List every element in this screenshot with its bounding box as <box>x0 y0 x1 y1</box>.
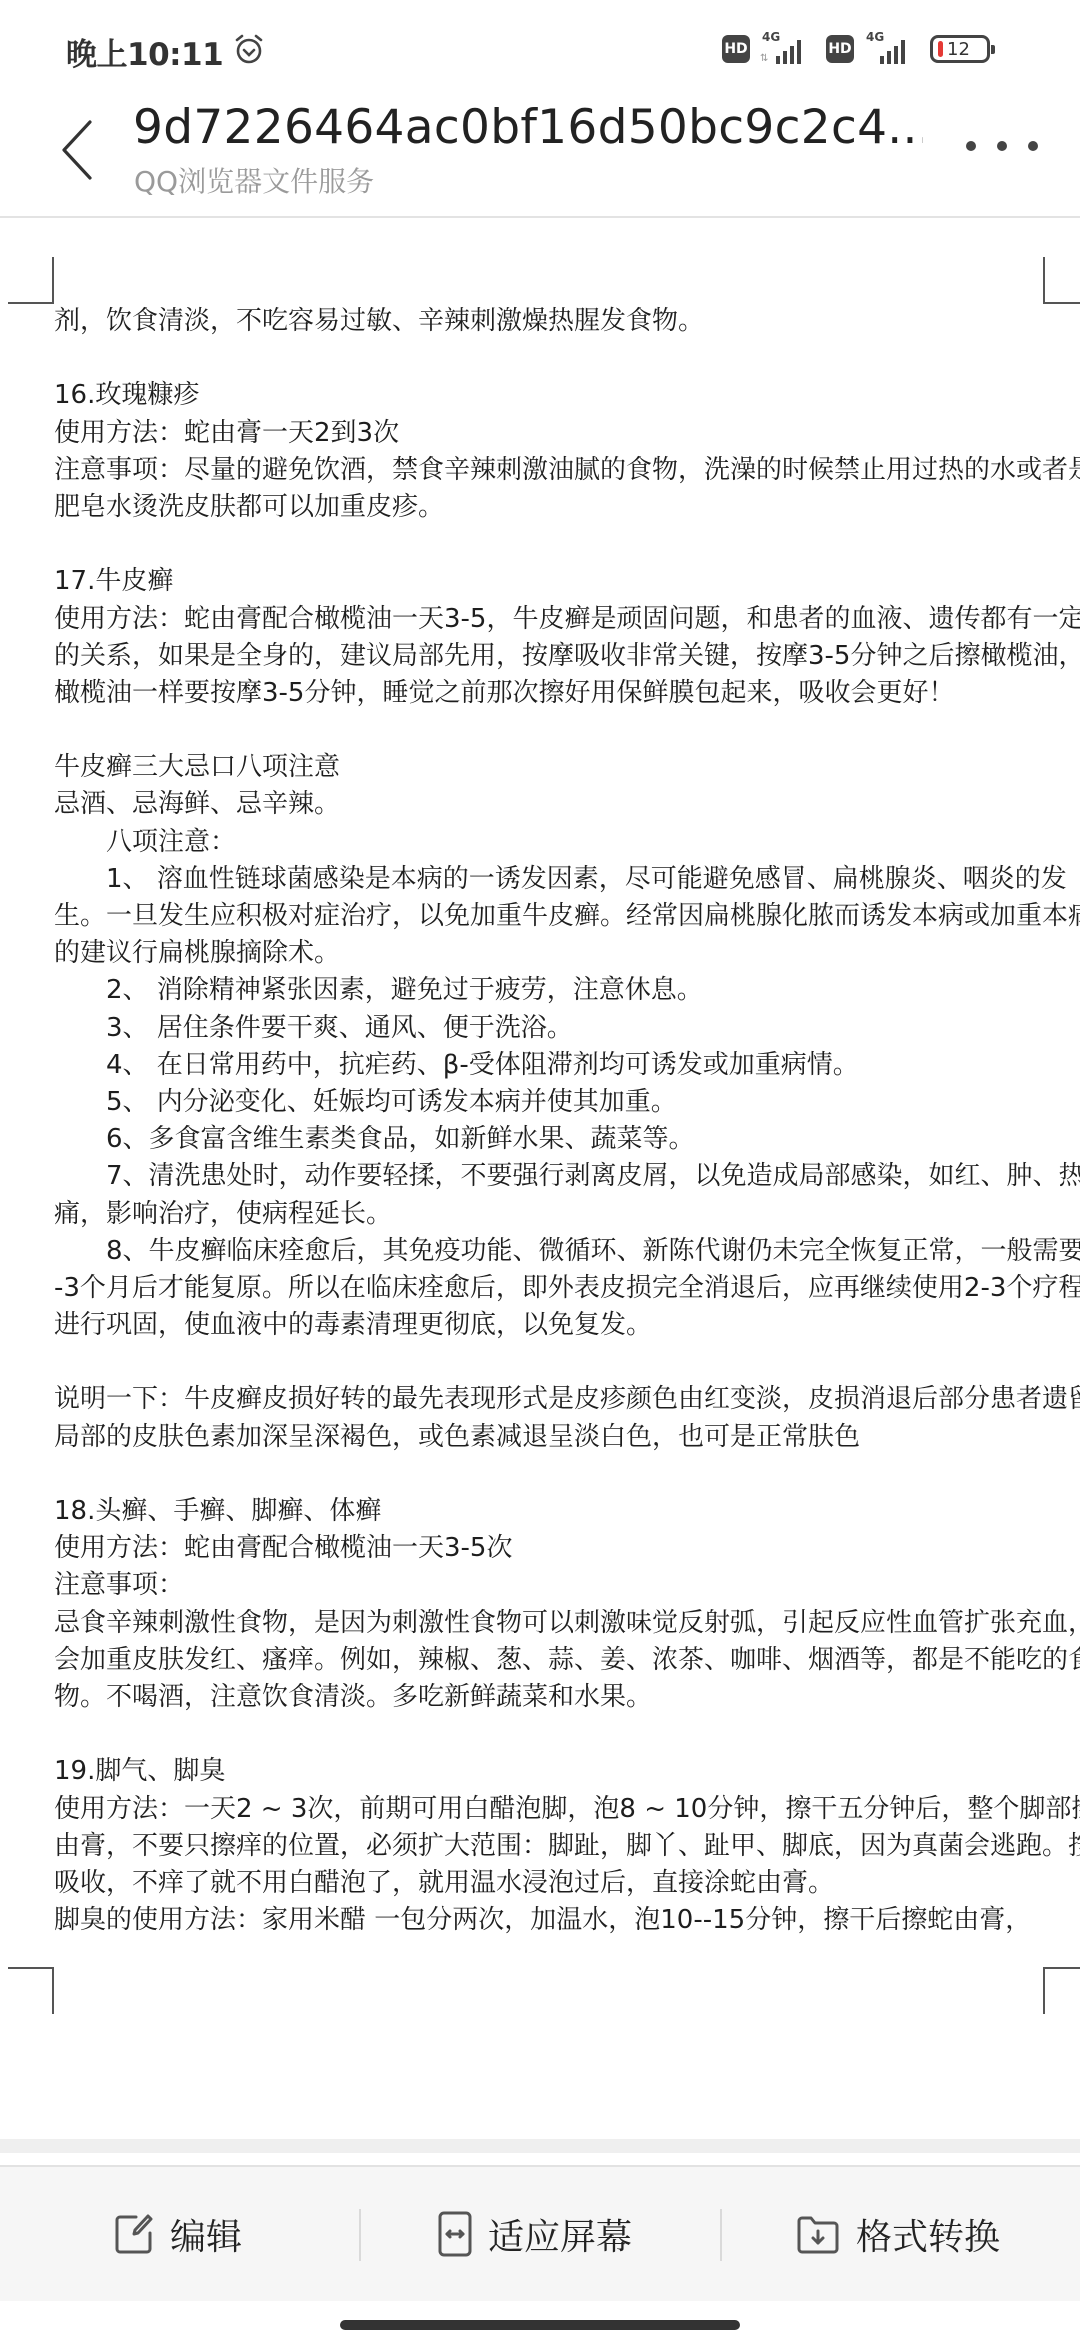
edit-button[interactable]: 编辑 <box>114 2167 242 2301</box>
battery-icon: 12 <box>930 35 990 63</box>
document-line: 使用方法：蛇由膏一天2到3次 <box>54 415 1044 452</box>
document-line: 3、 居住条件要干爽、通风、便于洗浴。 <box>54 1010 1044 1047</box>
document-line: 5、 内分泌变化、妊娠均可诱发本病并使其加重。 <box>54 1084 1044 1121</box>
document-line: 注意事项： <box>54 1567 1044 1604</box>
document-line: 局部的皮肤色素加深呈深褐色，或色素减退呈淡白色，也可是正常肤色 <box>54 1419 1044 1456</box>
page-corner-mark <box>8 1967 54 2014</box>
document-line: 橄榄油一样要按摩3-5分钟，睡觉之前那次擦好用保鲜膜包起来，吸收会更好！ <box>54 675 1044 712</box>
document-line: 物。不喝酒，注意饮食清淡。多吃新鲜蔬菜和水果。 <box>54 1679 1044 1716</box>
home-indicator[interactable] <box>340 2320 740 2330</box>
blank-line <box>54 712 1044 749</box>
document-line: 7、清洗患处时，动作要轻揉，不要强行剥离皮屑，以免造成局部感染，如红、肿、热、 <box>54 1158 1044 1195</box>
document-line: 剂，饮食清淡，不吃容易过敏、辛辣刺激燥热腥发食物。 <box>54 303 1044 340</box>
document-line: 脚臭的使用方法：家用米醋 一包分两次，加温水，泡10--15分钟，擦干后擦蛇由膏… <box>54 1902 1044 1939</box>
document-line: 8、牛皮癣临床痊愈后，其免疫功能、微循环、新陈代谢仍未完全恢复正常，一般需要2 <box>54 1233 1044 1270</box>
document-line: 19.脚气、脚臭 <box>54 1753 1044 1790</box>
status-icons: HD 4G ⇅ HD 4G 12 <box>722 34 990 64</box>
edit-icon <box>114 2213 154 2255</box>
document-line: 注意事项：尽量的避免饮酒，禁食辛辣刺激油腻的食物，洗澡的时候禁止用过热的水或者是 <box>54 452 1044 489</box>
folder-download-icon <box>796 2213 840 2255</box>
blank-line <box>54 526 1044 563</box>
document-line: 使用方法：蛇由膏配合橄榄油一天3-5次 <box>54 1530 1044 1567</box>
format-convert-label: 格式转换 <box>856 2209 1000 2260</box>
file-title: 9d7226464ac0bf16d50bc9c2c4... <box>133 100 923 155</box>
document-line: 4、 在日常用药中，抗疟药、β-受体阻滞剂均可诱发或加重病情。 <box>54 1047 1044 1084</box>
status-bar: 晚上10:11 HD 4G ⇅ HD 4G 12 <box>0 0 1080 96</box>
document-line: 16.玫瑰糠疹 <box>54 377 1044 414</box>
document-line: 肥皂水烫洗皮肤都可以加重皮疹。 <box>54 489 1044 526</box>
document-line: 痛，影响治疗，使病程延长。 <box>54 1196 1044 1233</box>
blank-line <box>54 1344 1044 1381</box>
document-line: 的建议行扁桃腺摘除术。 <box>54 935 1044 972</box>
document-line: 生。一旦发生应积极对症治疗，以免加重牛皮癣。经常因扁桃腺化脓而诱发本病或加重本病 <box>54 898 1044 935</box>
document-line: 2、 消除精神紧张因素，避免过于疲劳，注意休息。 <box>54 972 1044 1009</box>
signal-strength-icon: 4G ⇅ <box>760 34 816 64</box>
document-line: 由膏，不要只擦痒的位置，必须扩大范围：脚趾，脚丫、趾甲、脚底，因为真菌会逃跑。按… <box>54 1828 1044 1865</box>
toolbar-divider <box>359 2209 361 2261</box>
document-text: 剂，饮食清淡，不吃容易过敏、辛辣刺激燥热腥发食物。16.玫瑰糠疹使用方法：蛇由膏… <box>54 303 1044 1939</box>
document-line: 说明一下：牛皮癣皮损好转的最先表现形式是皮疹颜色由红变淡，皮损消退后部分患者遗留 <box>54 1381 1044 1418</box>
page-corner-mark <box>1043 1967 1080 2014</box>
data-arrows-icon: ⇅ <box>760 53 768 64</box>
document-line: 忌酒、忌海鲜、忌辛辣。 <box>54 786 1044 823</box>
battery-percentage: 12 <box>947 39 970 60</box>
document-line: 6、多食富含维生素类食品，如新鲜水果、蔬菜等。 <box>54 1121 1044 1158</box>
fit-screen-label: 适应屏幕 <box>488 2209 632 2260</box>
signal-strength-icon: 4G <box>864 34 920 64</box>
file-source-subtitle: QQ浏览器文件服务 <box>134 160 374 200</box>
fit-width-icon <box>438 2211 472 2257</box>
battery-level-indicator <box>938 41 943 57</box>
document-line: 吸收，不痒了就不用白醋泡了，就用温水浸泡过后，直接涂蛇由膏。 <box>54 1865 1044 1902</box>
edit-label: 编辑 <box>170 2209 242 2260</box>
document-line: 会加重皮肤发红、瘙痒。例如，辣椒、葱、蒜、姜、浓茶、咖啡、烟酒等，都是不能吃的食 <box>54 1642 1044 1679</box>
document-line: 进行巩固，使血液中的毒素清理更彻底，以免复发。 <box>54 1307 1044 1344</box>
more-options-button[interactable] <box>966 134 1038 158</box>
page-separator <box>0 2139 1080 2153</box>
app-header: 9d7226464ac0bf16d50bc9c2c4... QQ浏览器文件服务 <box>0 96 1080 218</box>
document-line: 1、 溶血性链球菌感染是本病的一诱发因素，尽可能避免感冒、扁桃腺炎、咽炎的发 <box>54 861 1044 898</box>
blank-line <box>54 1456 1044 1493</box>
document-page[interactable]: 剂，饮食清淡，不吃容易过敏、辛辣刺激燥热腥发食物。16.玫瑰糠疹使用方法：蛇由膏… <box>0 218 1080 2138</box>
alarm-clock-icon <box>232 32 266 66</box>
document-line: 18.头癣、手癣、脚癣、体癣 <box>54 1493 1044 1530</box>
status-time: 晚上10:11 <box>66 29 223 74</box>
fit-screen-button[interactable]: 适应屏幕 <box>438 2167 632 2301</box>
back-button[interactable] <box>52 112 108 188</box>
document-line: 17.牛皮癣 <box>54 563 1044 600</box>
hd-icon: HD <box>722 35 750 63</box>
document-line: 牛皮癣三大忌口八项注意 <box>54 749 1044 786</box>
page-corner-mark <box>8 257 54 304</box>
bottom-toolbar: 编辑 适应屏幕 格式转换 <box>0 2165 1080 2301</box>
blank-line <box>54 340 1044 377</box>
hd-icon: HD <box>826 35 854 63</box>
more-dots-icon <box>966 141 976 151</box>
document-line: 八项注意： <box>54 824 1044 861</box>
page-corner-mark <box>1043 257 1080 304</box>
document-line: 使用方法：蛇由膏配合橄榄油一天3-5，牛皮癣是顽固问题，和患者的血液、遗传都有一… <box>54 601 1044 638</box>
chevron-left-icon <box>52 112 108 188</box>
toolbar-divider <box>720 2209 722 2261</box>
document-line: 忌食辛辣刺激性食物，是因为刺激性食物可以刺激味觉反射弧，引起反应性血管扩张充血， <box>54 1605 1044 1642</box>
document-line: -3个月后才能复原。所以在临床痊愈后，即外表皮损完全消退后，应再继续使用2-3个… <box>54 1270 1044 1307</box>
document-line: 的关系，如果是全身的，建议局部先用，按摩吸收非常关键，按摩3-5分钟之后擦橄榄油… <box>54 638 1044 675</box>
blank-line <box>54 1716 1044 1753</box>
format-convert-button[interactable]: 格式转换 <box>796 2167 1000 2301</box>
document-line: 使用方法：一天2 ~ 3次，前期可用白醋泡脚，泡8 ~ 10分钟，擦干五分钟后，… <box>54 1791 1044 1828</box>
